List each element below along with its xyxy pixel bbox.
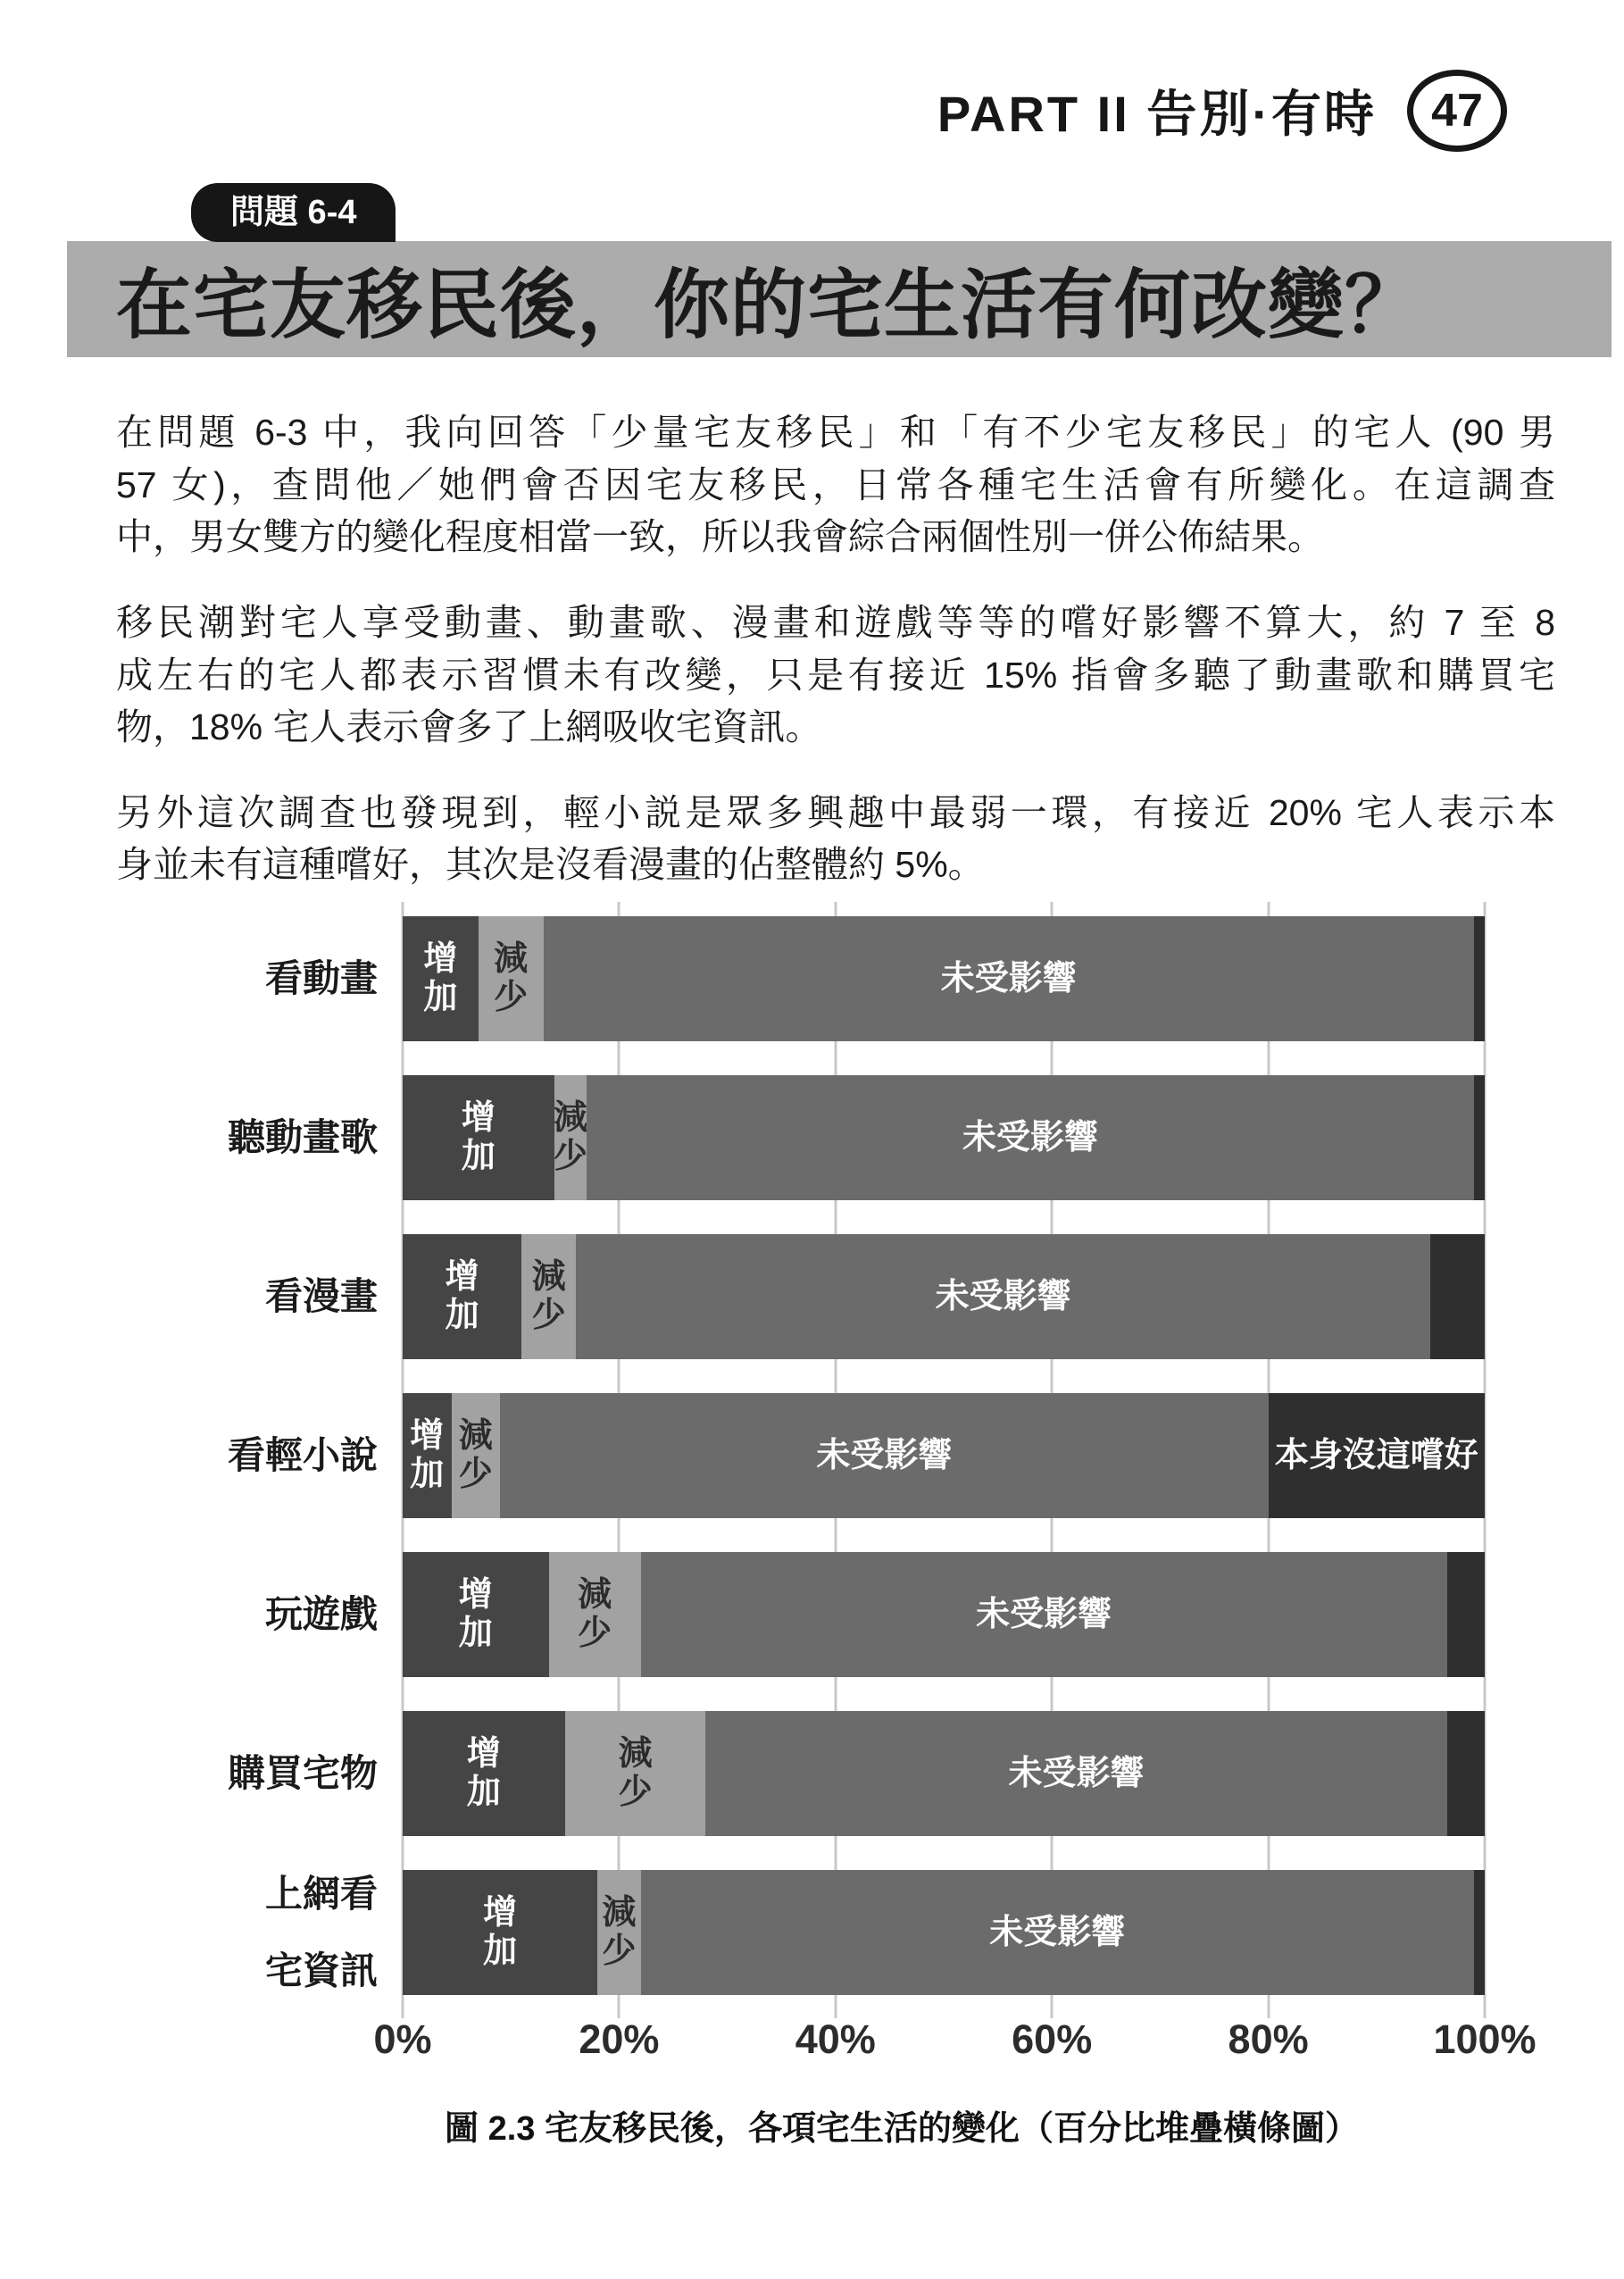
segment-label: 增 加 xyxy=(410,1417,444,1493)
body-text: 在問題 6-3 中，我向回答「少量宅友移民」和「有不少宅友移民」的宅人 (90 … xyxy=(116,406,1555,924)
chart-caption: 圖 2.3 宅友移民後，各項宅生活的變化（百分比堆疊橫條圖） xyxy=(375,2100,1428,2150)
bar-segment-no-hobby xyxy=(1430,1234,1485,1359)
x-tick-label: 80% xyxy=(1228,2016,1309,2063)
chart-row: 上網看 宅資訊增 加減 少未受影響 xyxy=(403,1870,1485,1995)
bar-segment-increase: 增 加 xyxy=(403,1870,597,1995)
paragraph-line: 另外這次調查也發現到，輕小説是眾多興趣中最弱一環，有接近 20% 宅人表示本 xyxy=(116,787,1555,839)
segment-label: 增 加 xyxy=(467,1735,501,1811)
chart-row: 看漫畫增 加減 少未受影響 xyxy=(403,1234,1485,1359)
bar-segment-decrease: 減 少 xyxy=(479,916,544,1041)
segment-label: 增 加 xyxy=(446,1258,479,1334)
segment-label: 減 少 xyxy=(602,1894,636,1970)
paragraph: 在問題 6-3 中，我向回答「少量宅友移民」和「有不少宅友移民」的宅人 (90 … xyxy=(116,406,1555,563)
bar-segment-increase: 增 加 xyxy=(403,1552,549,1677)
page-header: PART II 告別·有時 47 xyxy=(937,70,1507,152)
bar-segment-decrease: 減 少 xyxy=(452,1393,501,1518)
segment-label: 未受影響 xyxy=(816,1437,952,1475)
chart-x-axis: 0%20%40%60%80%100% xyxy=(403,2016,1485,2063)
bar-segment-decrease: 減 少 xyxy=(565,1711,706,1836)
bar-segment-unaffected: 未受影響 xyxy=(641,1870,1474,1995)
bar-segment-increase: 增 加 xyxy=(403,1234,521,1359)
bar-segment-decrease: 減 少 xyxy=(549,1552,641,1677)
question-badge: 問題 6-4 xyxy=(191,183,396,242)
chart-row: 聽動畫歌增 加減 少未受影響 xyxy=(403,1075,1485,1200)
bar-segment-no-hobby xyxy=(1447,1711,1485,1836)
segment-label: 未受影響 xyxy=(1008,1755,1144,1793)
segment-label: 減 少 xyxy=(619,1735,653,1811)
bar-segment-unaffected: 未受影響 xyxy=(705,1711,1446,1836)
chart-plot: 看動畫增 加減 少未受影響聽動畫歌增 加減 少未受影響看漫畫增 加減 少未受影響… xyxy=(403,916,1485,1995)
row-label: 看動畫 xyxy=(83,916,378,1041)
book-page: PART II 告別·有時 47 問題 6-4 在宅友移民後，你的宅生活有何改變… xyxy=(0,0,1624,2279)
bar-segment-decrease: 減 少 xyxy=(521,1234,576,1359)
question-title: 在宅友移民後，你的宅生活有何改變？ xyxy=(116,245,1421,354)
bar-segment-increase: 增 加 xyxy=(403,1711,565,1836)
bar-segment-decrease: 減 少 xyxy=(554,1075,587,1200)
page-number: 47 xyxy=(1431,84,1483,138)
paragraph-line: 在問題 6-3 中，我向回答「少量宅友移民」和「有不少宅友移民」的宅人 (90 … xyxy=(116,406,1555,459)
bar-segment-increase: 增 加 xyxy=(403,1075,554,1200)
segment-label: 未受影響 xyxy=(941,960,1077,998)
bar-segment-no-hobby xyxy=(1474,1075,1485,1200)
chart-row: 購買宅物增 加減 少未受影響 xyxy=(403,1711,1485,1836)
bar-segment-unaffected: 未受影響 xyxy=(641,1552,1447,1677)
segment-label: 增 加 xyxy=(483,1894,517,1970)
bar-segment-no-hobby xyxy=(1474,1870,1485,1995)
bar-segment-no-hobby: 本身沒這嚐好 xyxy=(1269,1393,1485,1518)
paragraph-line: 57 女)，查問他／她們會否因宅友移民，日常各種宅生活會有所變化。在這調查 xyxy=(116,459,1555,512)
segment-label: 增 加 xyxy=(462,1099,496,1175)
chart-rows: 看動畫增 加減 少未受影響聽動畫歌增 加減 少未受影響看漫畫增 加減 少未受影響… xyxy=(403,916,1485,1995)
x-tick-label: 0% xyxy=(373,2016,431,2063)
segment-label: 增 加 xyxy=(423,940,457,1016)
x-tick-label: 60% xyxy=(1012,2016,1092,2063)
page-number-badge: 47 xyxy=(1407,70,1507,152)
bar-segment-increase: 增 加 xyxy=(403,916,479,1041)
segment-label: 減 少 xyxy=(532,1258,566,1334)
segment-label: 減 少 xyxy=(494,940,528,1016)
bar-segment-unaffected: 未受影響 xyxy=(544,916,1474,1041)
part-title: PART II 告別·有時 xyxy=(937,75,1377,146)
row-label: 聽動畫歌 xyxy=(83,1075,378,1200)
segment-label: 增 加 xyxy=(459,1576,493,1652)
chart-row: 看動畫增 加減 少未受影響 xyxy=(403,916,1485,1041)
paragraph-line: 身並未有這種嚐好，其次是沒看漫畫的佔整體約 5%。 xyxy=(116,839,1555,891)
bar-segment-decrease: 減 少 xyxy=(597,1870,640,1995)
row-label: 上網看 宅資訊 xyxy=(83,1870,378,1995)
bar-segment-no-hobby xyxy=(1447,1552,1485,1677)
paragraph-line: 成左右的宅人都表示習慣未有改變，只是有接近 15% 指會多聽了動畫歌和購買宅 xyxy=(116,649,1555,702)
x-tick-label: 100% xyxy=(1433,2016,1536,2063)
bar-segment-unaffected: 未受影響 xyxy=(576,1234,1430,1359)
segment-label: 未受影響 xyxy=(936,1278,1071,1316)
segment-label: 減 少 xyxy=(459,1417,493,1493)
row-label: 玩遊戲 xyxy=(83,1552,378,1677)
bar-segment-unaffected: 未受影響 xyxy=(587,1075,1474,1200)
bar-segment-no-hobby xyxy=(1474,916,1485,1041)
row-label: 看漫畫 xyxy=(83,1234,378,1359)
segment-label: 未受影響 xyxy=(989,1914,1125,1952)
paragraph: 另外這次調查也發現到，輕小説是眾多興趣中最弱一環，有接近 20% 宅人表示本身並… xyxy=(116,787,1555,891)
bar-segment-increase: 增 加 xyxy=(403,1393,452,1518)
segment-label: 未受影響 xyxy=(962,1119,1098,1157)
segment-label: 減 少 xyxy=(578,1576,612,1652)
paragraph-line: 移民潮對宅人享受動畫、動畫歌、漫畫和遊戲等等的嚐好影響不算大，約 7 至 8 xyxy=(116,597,1555,649)
title-banner: 在宅友移民後，你的宅生活有何改變？ xyxy=(67,241,1612,357)
segment-label: 本身沒這嚐好 xyxy=(1275,1437,1478,1475)
segment-label: 減 少 xyxy=(554,1099,587,1175)
paragraph: 移民潮對宅人享受動畫、動畫歌、漫畫和遊戲等等的嚐好影響不算大，約 7 至 8成左… xyxy=(116,597,1555,754)
paragraph-line: 物，18% 宅人表示會多了上網吸收宅資訊。 xyxy=(116,701,1555,754)
row-label: 購買宅物 xyxy=(83,1711,378,1836)
x-tick-label: 40% xyxy=(795,2016,876,2063)
chart-row: 看輕小說增 加減 少未受影響本身沒這嚐好 xyxy=(403,1393,1485,1518)
row-label: 看輕小說 xyxy=(83,1393,378,1518)
paragraph-line: 中，男女雙方的變化程度相當一致，所以我會綜合兩個性別一併公佈結果。 xyxy=(116,511,1555,563)
bar-segment-unaffected: 未受影響 xyxy=(500,1393,1269,1518)
chart-row: 玩遊戲增 加減 少未受影響 xyxy=(403,1552,1485,1677)
x-tick-label: 20% xyxy=(579,2016,659,2063)
segment-label: 未受影響 xyxy=(976,1596,1112,1634)
